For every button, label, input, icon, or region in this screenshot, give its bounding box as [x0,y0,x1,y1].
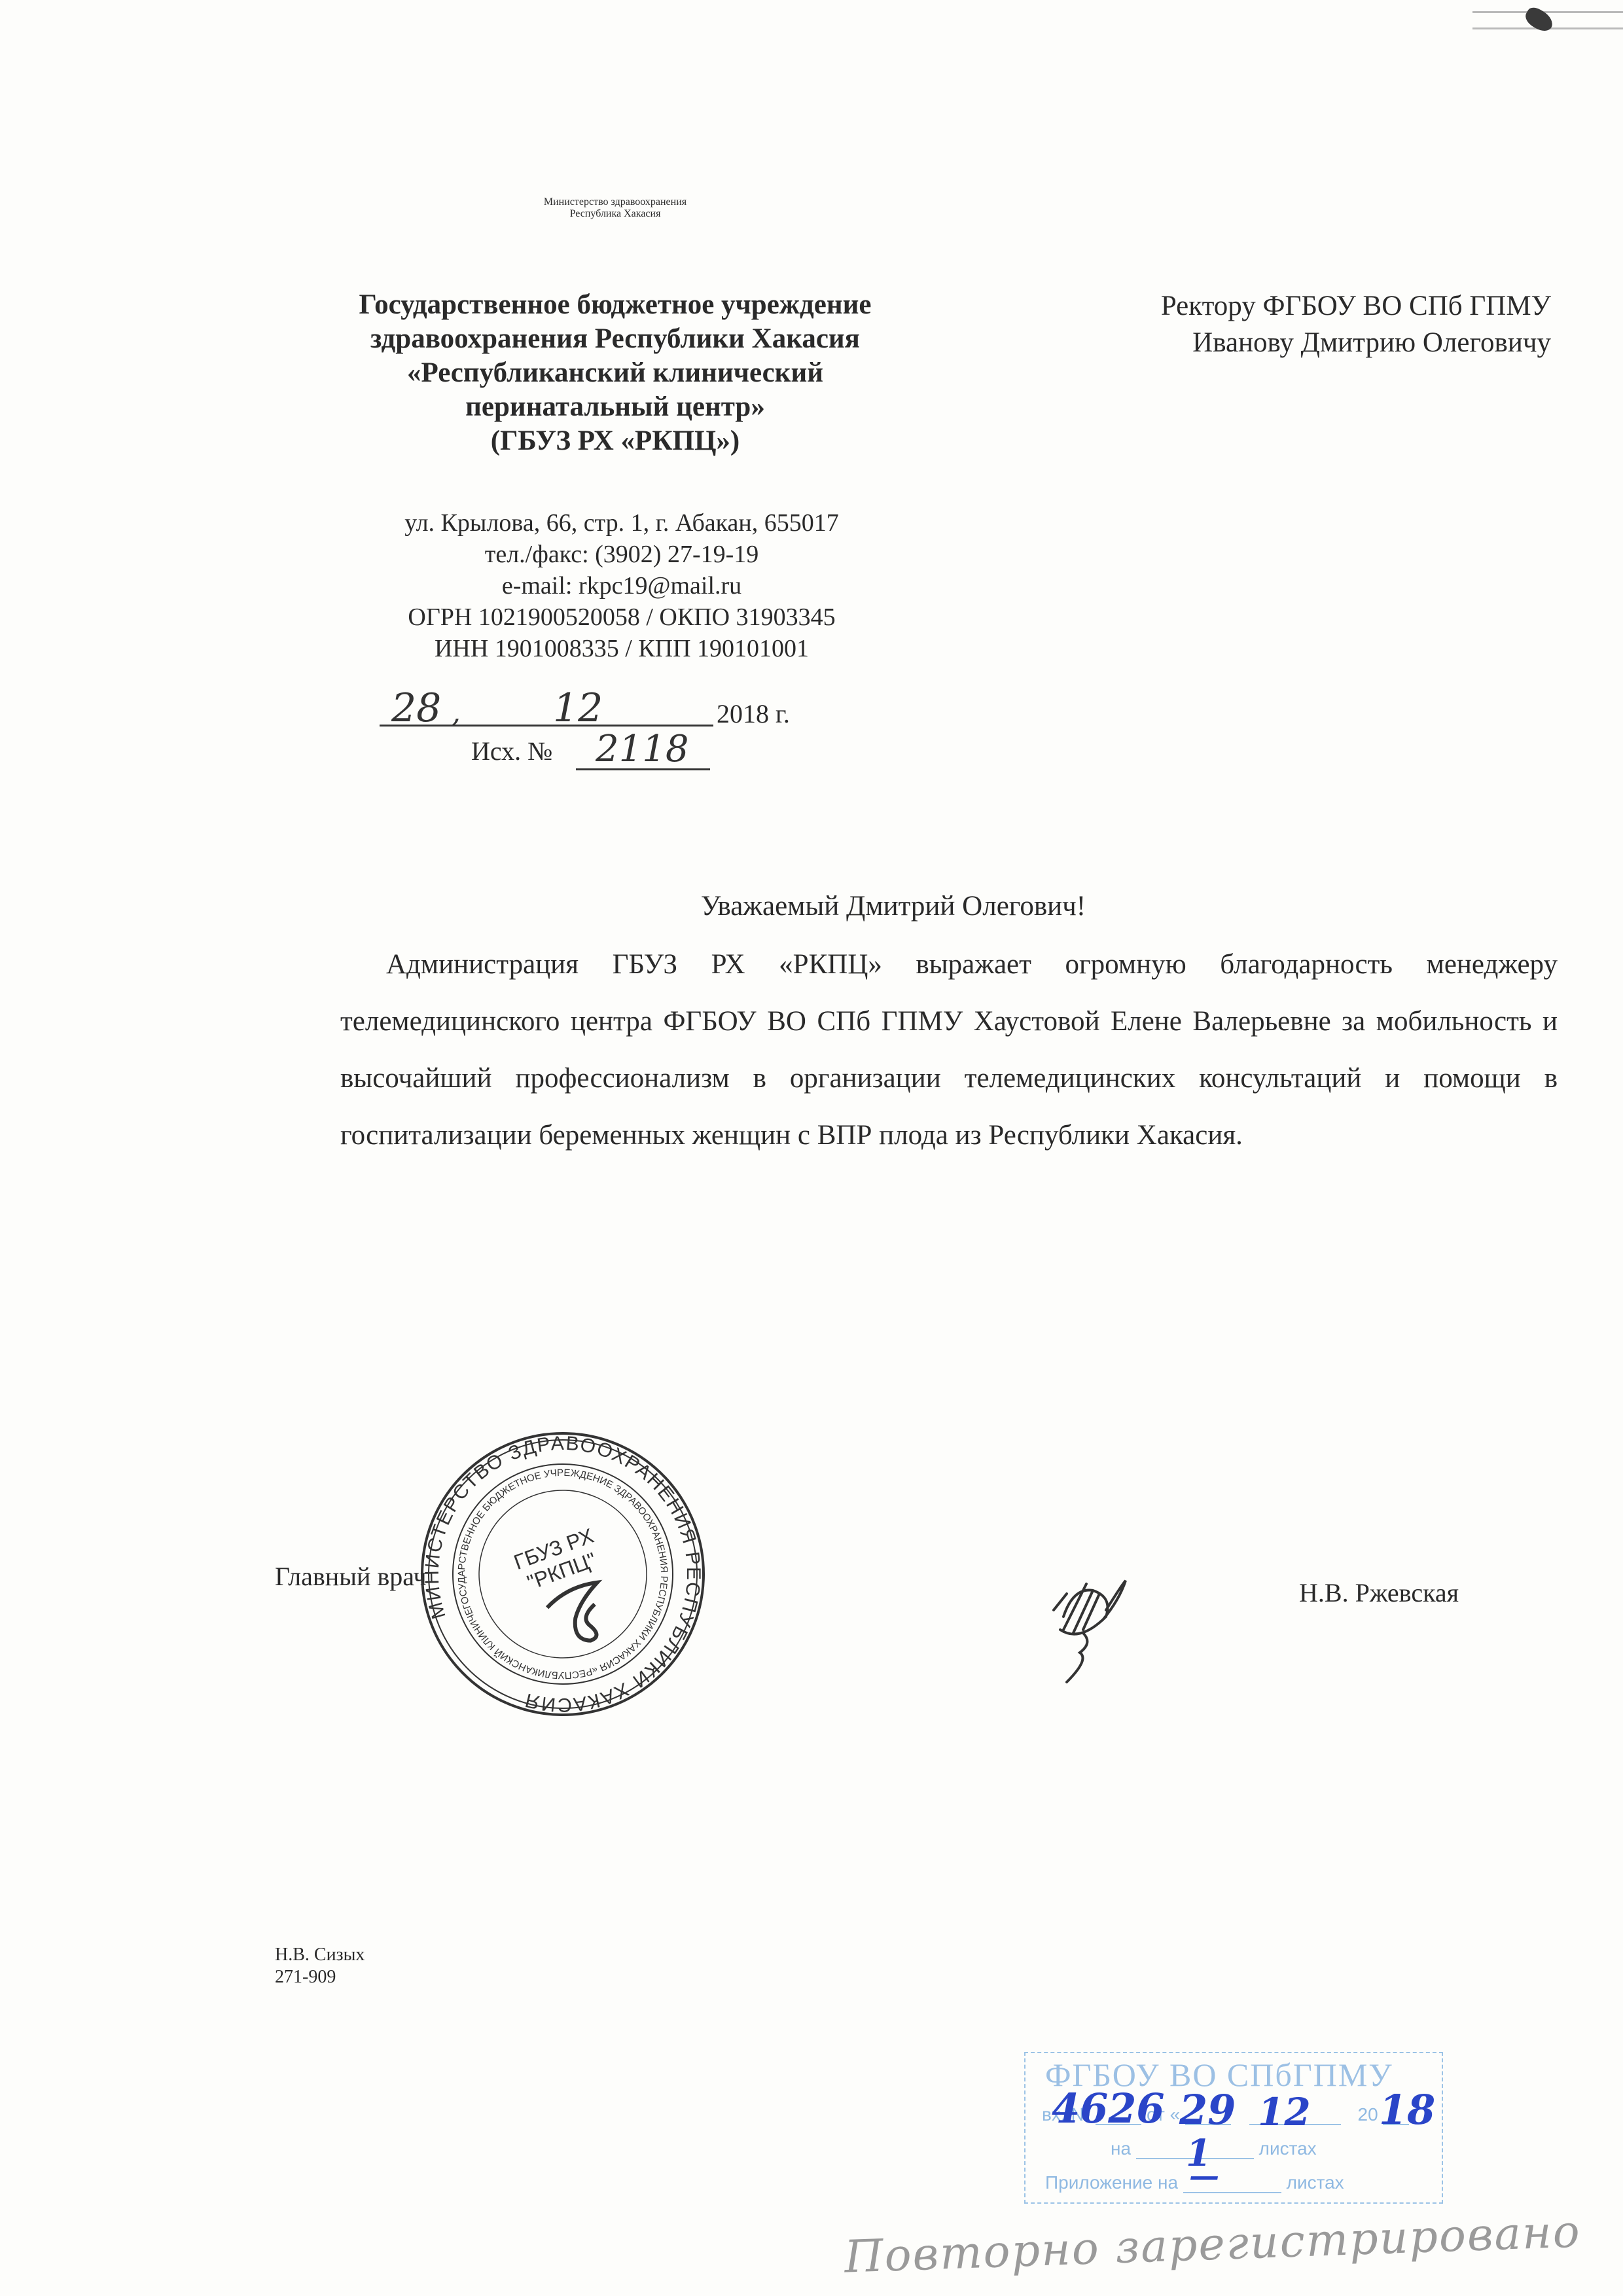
outgoing-label: Исх. № [471,736,552,766]
email: e-mail: rkpc19@mail.ru [308,570,936,601]
org-line: «Республиканский клинический [275,356,955,390]
ministry-line: Министерство здравоохранения [288,196,942,208]
executor-name: Н.В. Сизых [275,1944,365,1966]
stamp-sheets-row: на листах [1111,2138,1317,2159]
inn-kpp: ИНН 1901008335 / КПП 190101001 [308,633,936,664]
scan-corner-mark [1522,5,1556,35]
organization-name: Государственное бюджетное учреждение здр… [275,288,955,458]
stamp-attachment-label: Приложение на [1045,2172,1178,2193]
registration-stamp: ФГБОУ ВО СПбГПМУ вх. № от « 20 на листах… [1024,2052,1443,2204]
stamp-date-month-ink: 12 [1258,2090,1311,2134]
executor-info: Н.В. Сизых 271-909 [275,1944,365,1988]
official-seal-icon: МИНИСТЕРСТВО ЗДРАВООХРАНЕНИЯ РЕСПУБЛИКИ … [419,1430,707,1718]
letter-body: Администрация ГБУЗ РХ «РКПЦ» выражает ог… [340,936,1558,1164]
addressee-title: Ректору ФГБОУ ВО СПб ГПМУ [1161,288,1551,325]
ministry-line: Республика Хакасия [288,208,942,220]
date-underline [380,725,713,726]
stamp-sheets-post: листах [1259,2138,1317,2159]
ogrn-okpo: ОГРН 1021900520058 / ОКПО 31903345 [308,601,936,633]
outgoing-underline [576,768,710,770]
signer-name: Н.В. Ржевская [1299,1577,1459,1608]
stamp-attachment-post: листах [1287,2172,1344,2193]
org-line: здравоохранения Республики Хакасия [275,322,955,356]
handwritten-reregistered-note: Повторно зарегистрировано [844,2206,1582,2283]
org-line: перинатальный центр» [275,390,955,424]
outgoing-number-handwritten: 2118 [596,728,689,770]
signer-position: Главный врач [275,1561,427,1592]
stamp-year-ink: 18 [1379,2086,1435,2134]
stamp-sheets-label: на [1111,2138,1131,2159]
stamp-year-prefix: 20 [1358,2104,1378,2125]
stamp-attachment-ink: — [1189,2158,1219,2193]
salutation: Уважаемый Дмитрий Олегович! [0,890,1623,922]
executor-phone: 271-909 [275,1966,365,1988]
org-line: (ГБУЗ РХ «РКПЦ») [275,424,955,458]
address: ул. Крылова, 66, стр. 1, г. Абакан, 6550… [308,507,936,539]
scan-edge-line [1472,11,1623,13]
handwritten-signature-icon [1041,1571,1185,1689]
addressee-block: Ректору ФГБОУ ВО СПб ГПМУ Иванову Дмитри… [1161,288,1551,361]
date-year: 2018 г. [717,698,790,729]
stamp-in-number-ink: 4626 [1052,2085,1165,2132]
outgoing-number: Исх. № 2118 [471,732,733,778]
organization-contacts: ул. Крылова, 66, стр. 1, г. Абакан, 6550… [308,507,936,664]
addressee-name: Иванову Дмитрию Олеговичу [1161,325,1551,361]
stamp-date-day-ink: 29 [1179,2086,1236,2134]
ministry-header: Министерство здравоохранения Республика … [288,196,942,220]
phone-fax: тел./факс: (3902) 27-19-19 [308,539,936,570]
org-line: Государственное бюджетное учреждение [275,288,955,322]
